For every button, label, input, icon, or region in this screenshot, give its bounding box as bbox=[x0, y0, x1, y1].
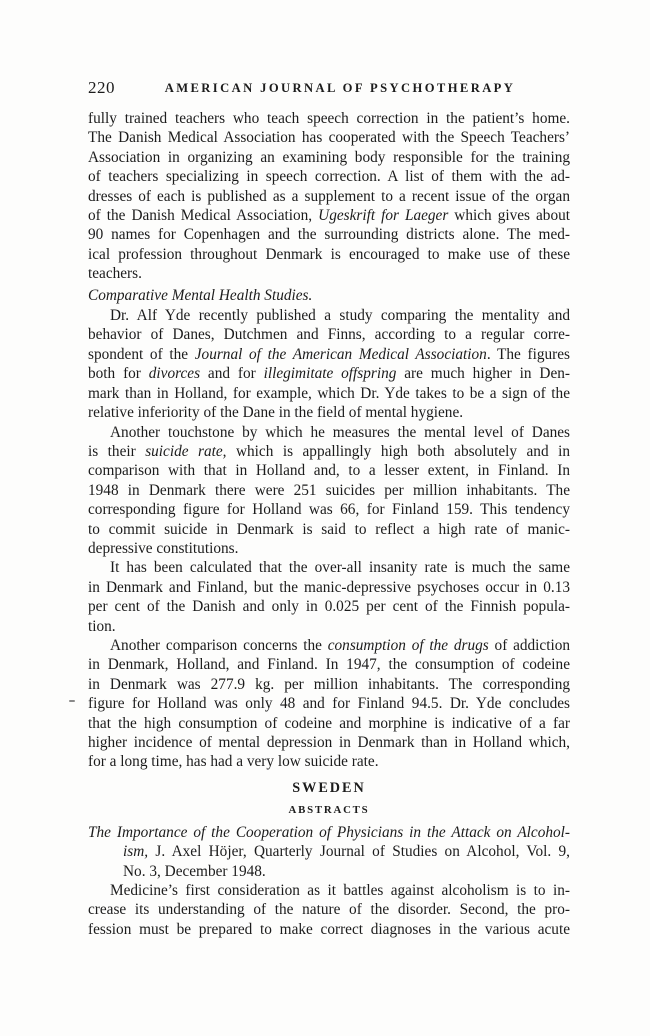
text-line: of teachers specializing in speech corre… bbox=[88, 167, 570, 186]
text-line: teachers. bbox=[88, 264, 570, 283]
text-line: Medicine’s first consideration as it bat… bbox=[88, 881, 570, 900]
country-section-heading: SWEDEN bbox=[88, 777, 570, 800]
text-line: higher incidence of mental depression in… bbox=[88, 733, 570, 752]
scan-artifact-mark bbox=[69, 700, 75, 702]
journal-title: AMERICAN JOURNAL OF PSYCHOTHERAPY bbox=[88, 79, 570, 97]
text-line: behavior of Danes, Dutchmen and Finns, a… bbox=[88, 325, 570, 344]
text-line: ical profession throughout Denmark is en… bbox=[88, 245, 570, 264]
text-line: that the high consumption of codeine and… bbox=[88, 714, 570, 733]
text-line: is their suicide rate, which is appallin… bbox=[88, 442, 570, 461]
text-line: in Denmark and Finland, but the manic-de… bbox=[88, 578, 570, 597]
text-line: depressive constitutions. bbox=[88, 539, 570, 558]
text-line: Another comparison concerns the consumpt… bbox=[88, 636, 570, 655]
text-line: comparison with that in Holland and, to … bbox=[88, 461, 570, 480]
text-line: The Danish Medical Association has coope… bbox=[88, 128, 570, 147]
text-line: spondent of the Journal of the American … bbox=[88, 345, 570, 364]
text-line: fession must be prepared to make correct… bbox=[88, 920, 570, 939]
text-line: corresponding figure for Holland was 66,… bbox=[88, 500, 570, 519]
reference-entry: The Importance of the Cooperation of Phy… bbox=[88, 823, 570, 881]
text-line: ism, J. Axel Höjer, Quarterly Journal of… bbox=[88, 842, 570, 861]
text-line: Dr. Alf Yde recently published a study c… bbox=[88, 306, 570, 325]
text-line: in Denmark, Holland, and Finland. In 194… bbox=[88, 655, 570, 674]
page-body: fully trained teachers who teach speech … bbox=[88, 109, 570, 939]
text-line: No. 3, December 1948. bbox=[88, 862, 570, 881]
text-line: relative inferiority of the Dane in the … bbox=[88, 403, 570, 422]
text-line: 90 names for Copenhagen and the surround… bbox=[88, 225, 570, 244]
text-line: figure for Holland was only 48 and for F… bbox=[88, 694, 570, 713]
paragraph: fully trained teachers who teach speech … bbox=[88, 109, 570, 284]
text-line: in Denmark was 277.9 kg. per million inh… bbox=[88, 675, 570, 694]
text-line: Another touchstone by which he measures … bbox=[88, 423, 570, 442]
subsection-heading: Comparative Mental Health Studies. bbox=[88, 286, 570, 305]
text-line: 1948 in Denmark there were 251 suicides … bbox=[88, 481, 570, 500]
text-line: crease its understanding of the nature o… bbox=[88, 900, 570, 919]
text-line: fully trained teachers who teach speech … bbox=[88, 109, 570, 128]
text-line: Association in organizing an examining b… bbox=[88, 148, 570, 167]
text-line: It has been calculated that the over-all… bbox=[88, 558, 570, 577]
paragraph: Another touchstone by which he measures … bbox=[88, 423, 570, 559]
text-line: of the Danish Medical Association, Ugesk… bbox=[88, 206, 570, 225]
text-line: dresses of each is published as a supple… bbox=[88, 187, 570, 206]
paragraph: It has been calculated that the over-all… bbox=[88, 558, 570, 636]
text-line: tion. bbox=[88, 617, 570, 636]
page-number: 220 bbox=[88, 79, 115, 97]
text-line: for a long time, has had a very low suic… bbox=[88, 752, 570, 771]
abstracts-label: ABSTRACTS bbox=[88, 800, 570, 821]
text-line: The Importance of the Cooperation of Phy… bbox=[88, 823, 570, 842]
running-header: 220 AMERICAN JOURNAL OF PSYCHOTHERAPY bbox=[88, 79, 570, 99]
text-line: mark than in Holland, for example, which… bbox=[88, 384, 570, 403]
text-line: per cent of the Danish and only in 0.025… bbox=[88, 597, 570, 616]
text-line: to commit suicide in Denmark is said to … bbox=[88, 520, 570, 539]
journal-page: 220 AMERICAN JOURNAL OF PSYCHOTHERAPY fu… bbox=[0, 0, 650, 1036]
paragraph: Medicine’s first consideration as it bat… bbox=[88, 881, 570, 939]
paragraph: Another comparison concerns the consumpt… bbox=[88, 636, 570, 772]
paragraph: Dr. Alf Yde recently published a study c… bbox=[88, 306, 570, 422]
text-line: both for divorces and for illegimitate o… bbox=[88, 364, 570, 383]
